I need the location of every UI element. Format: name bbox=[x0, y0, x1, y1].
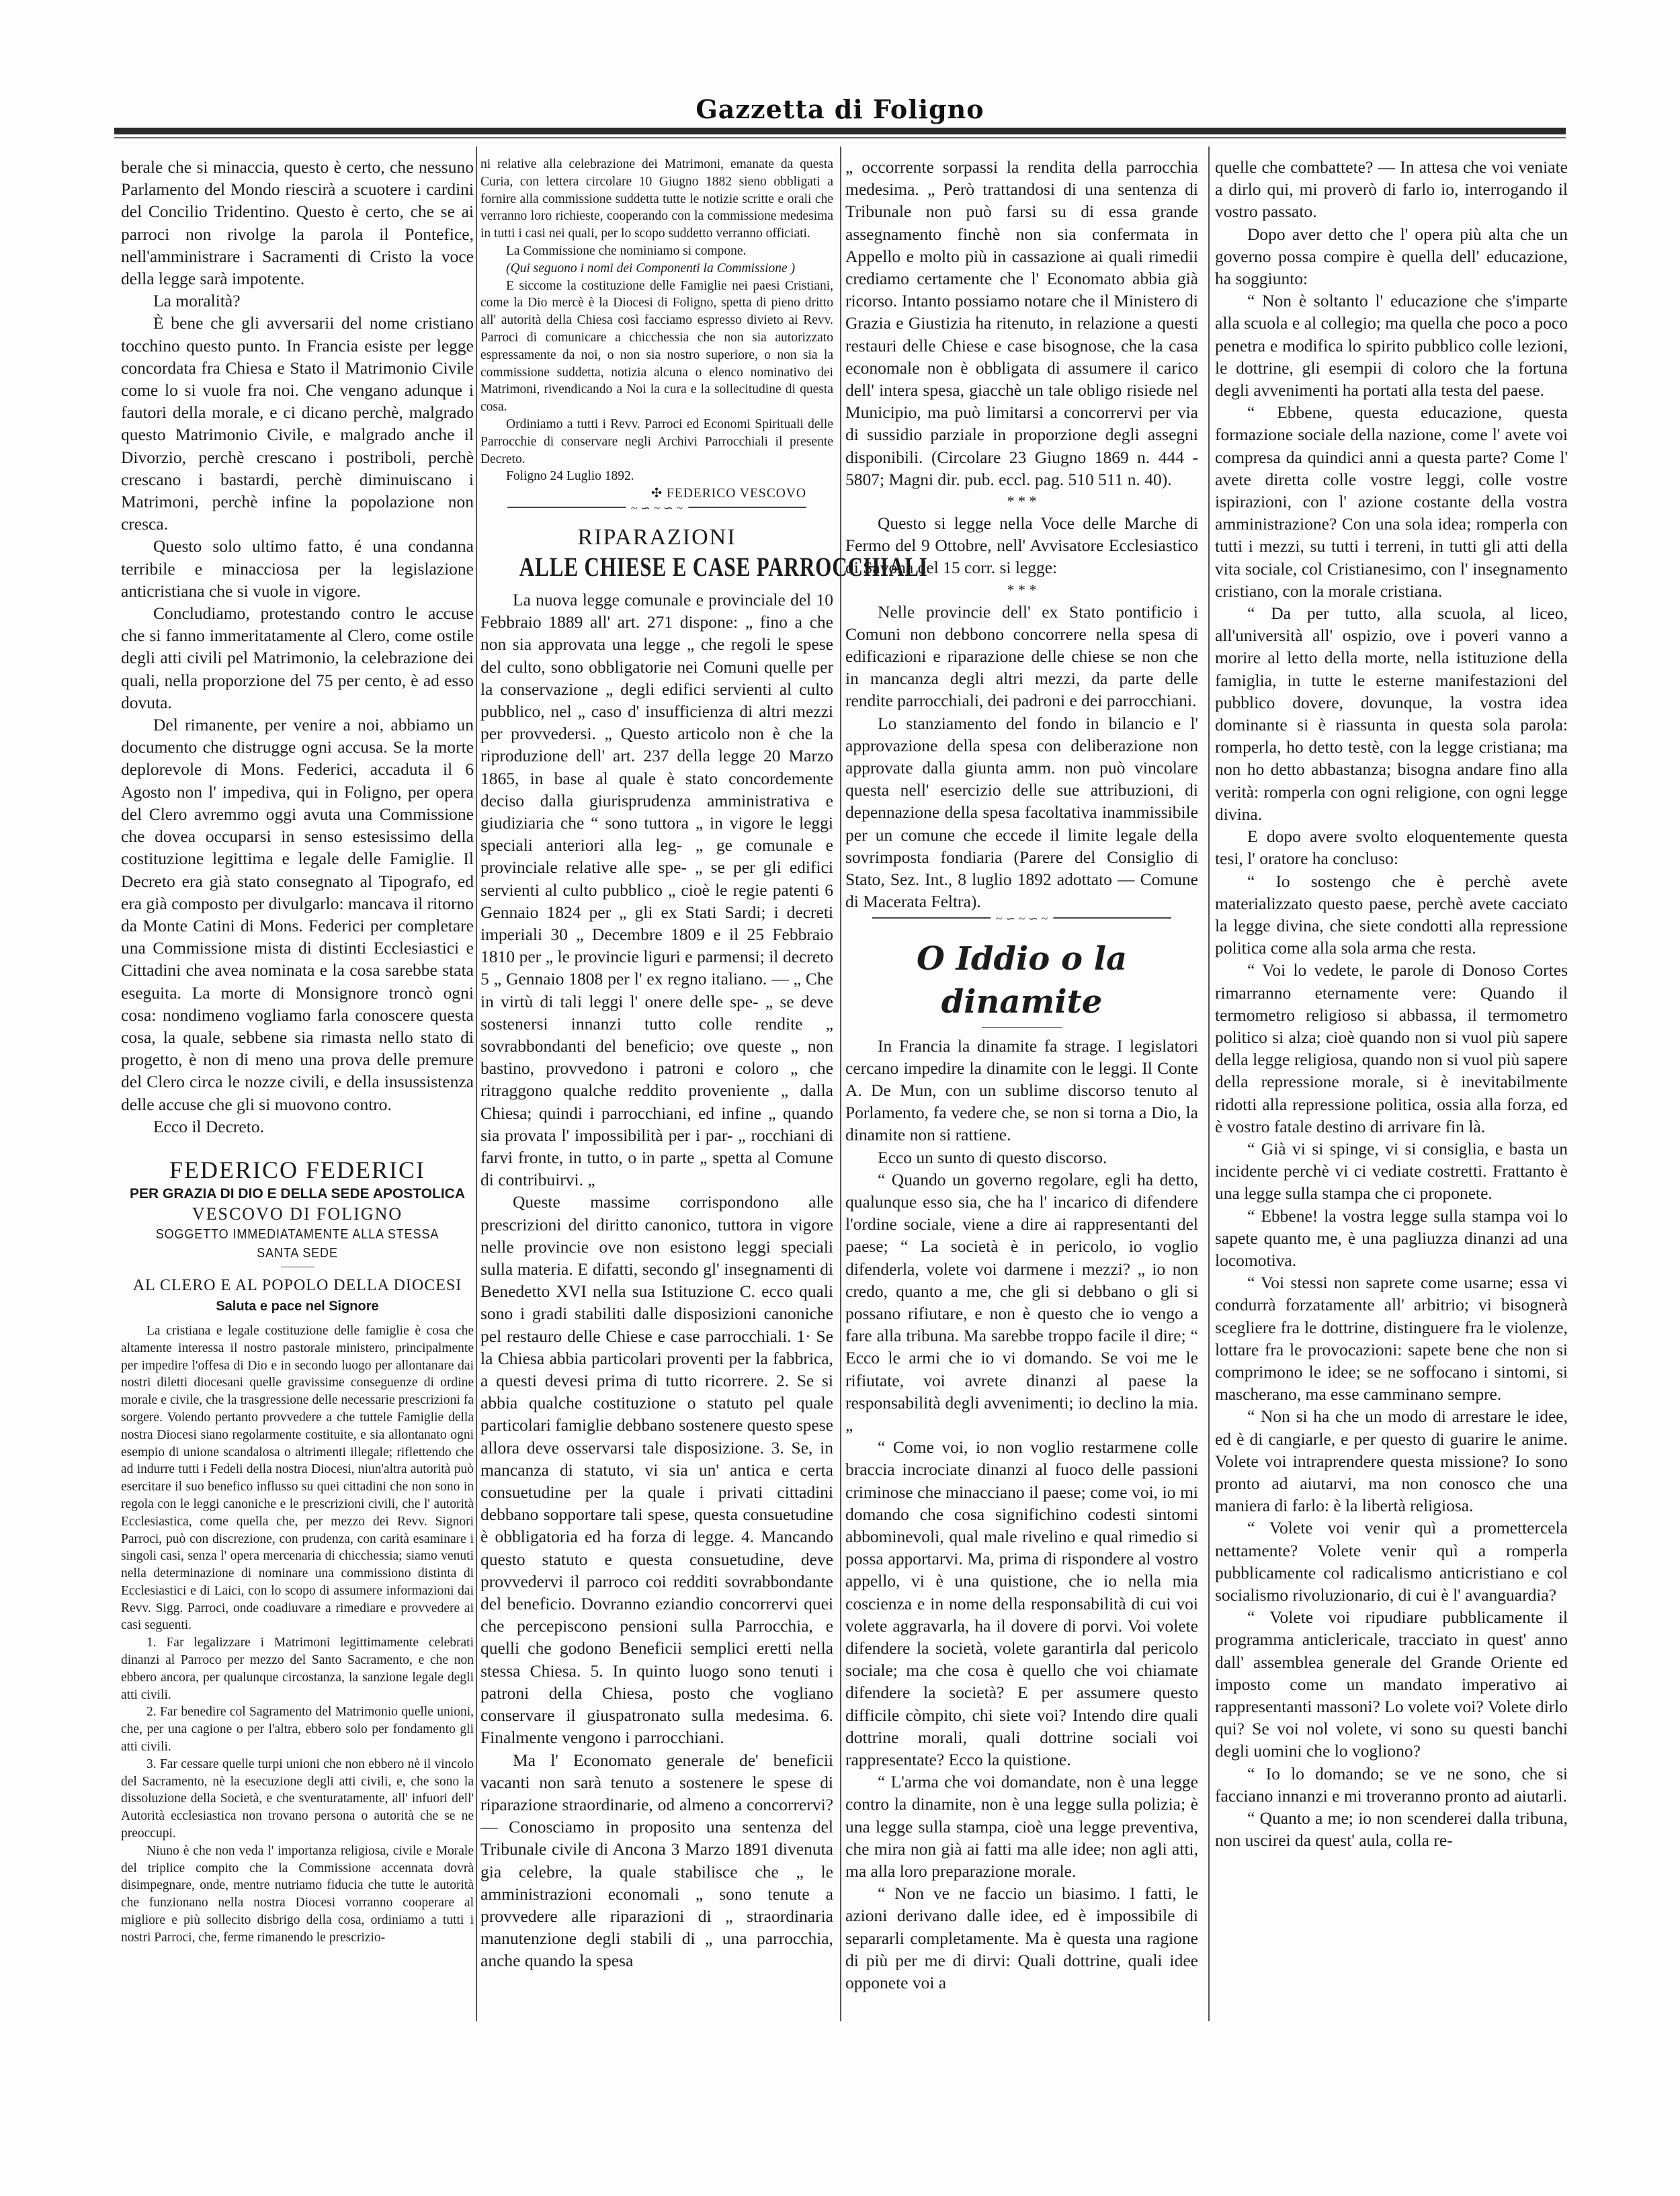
decree-dateline: Foligno 24 Luglio 1892. bbox=[480, 468, 833, 485]
decree-paragraph: Ordiniamo a tutti i Revv. Parroci ed Eco… bbox=[480, 416, 833, 468]
newspaper-page: Gazzetta di Foligno berale che si minacc… bbox=[0, 0, 1680, 2196]
decree-paragraph: La cristiana e legale costituzione delle… bbox=[121, 1322, 474, 1634]
decree-paragraph: (Qui seguono i nomi dei Componenti la Co… bbox=[480, 260, 833, 278]
article-paragraph: Ma l' Economato generale de' beneficii v… bbox=[480, 1749, 833, 1972]
decree-address: AL CLERO E AL POPOLO DELLA DIOCESI bbox=[121, 1274, 474, 1297]
article-paragraph: “ L'arma che voi domandate, non è una le… bbox=[845, 1771, 1198, 1882]
article-paragraph: “ Non si ha che un modo di arrestare le … bbox=[1215, 1405, 1568, 1517]
column-1: berale che si minaccia, questo è certo, … bbox=[121, 156, 474, 1947]
article-paragraph: “ Non ve ne faccio un biasimo. I fatti, … bbox=[845, 1882, 1198, 1994]
paragraph: berale che si minaccia, questo è certo, … bbox=[121, 156, 474, 290]
column-2: ni relative alla celebrazione dei Matrim… bbox=[480, 156, 833, 1972]
paragraph: Questo solo ultimo fatto, é una condanna… bbox=[121, 535, 474, 602]
article-title: RIPARAZIONI bbox=[480, 524, 833, 551]
article-paragraph: “ Già vi si spinge, vi si consiglia, e b… bbox=[1215, 1138, 1568, 1205]
masthead-rule-thin bbox=[114, 137, 1566, 138]
paragraph: Ecco il Decreto. bbox=[121, 1115, 474, 1138]
article-paragraph: “ Volete voi venir quì a promettercela n… bbox=[1215, 1517, 1568, 1606]
column-divider bbox=[476, 146, 477, 2021]
paragraph: Del rimanente, per venire a noi, abbiamo… bbox=[121, 714, 474, 1115]
article-paragraph: “ Voi stessi non saprete come usarne; es… bbox=[1215, 1271, 1568, 1405]
column-3: „ occorrente sorpassi la rendita della p… bbox=[845, 156, 1198, 1994]
decree-paragraph: 1. Far legalizzare i Matrimoni legittima… bbox=[121, 1634, 474, 1703]
article-paragraph: “ Quando un governo regolare, egli ha de… bbox=[845, 1169, 1198, 1436]
article-paragraph: Nelle provincie dell' ex Stato pontifici… bbox=[845, 601, 1198, 712]
article-paragraph: “ Ebbene! la vostra legge sulla stampa v… bbox=[1215, 1205, 1568, 1272]
column-divider bbox=[840, 146, 841, 2021]
masthead-rule bbox=[114, 128, 1566, 134]
article-paragraph: “ Io lo domando; se ve ne sono, che si f… bbox=[1215, 1763, 1568, 1807]
decree-bishop-name: FEDERICO FEDERICI bbox=[121, 1155, 474, 1185]
masthead-title: Gazzetta di Foligno bbox=[0, 94, 1680, 124]
decree-paragraph: 3. Far cessare quelle turpi unioni che n… bbox=[121, 1756, 474, 1843]
article-paragraph: “ Non è soltanto l' educazione che s'imp… bbox=[1215, 290, 1568, 401]
article-paragraph: Queste massime corrispondono alle prescr… bbox=[480, 1191, 833, 1748]
column-4: quelle che combattete? — In attesa che v… bbox=[1215, 156, 1568, 1851]
article-paragraph: „ occorrente sorpassi la rendita della p… bbox=[845, 156, 1198, 491]
article-paragraph: “ Quanto a me; io non scenderei dalla tr… bbox=[1215, 1807, 1568, 1851]
decree-title-line: VESCOVO DI FOLIGNO bbox=[121, 1203, 474, 1225]
article-paragraph: quelle che combattete? — In attesa che v… bbox=[1215, 156, 1568, 223]
article-headline: O Iddio o la dinamite bbox=[845, 937, 1198, 1023]
article-paragraph: Lo stanziamento del fondo in bilancio e … bbox=[845, 712, 1198, 913]
article-paragraph: “ Voi lo vedete, le parole di Donoso Cor… bbox=[1215, 959, 1568, 1138]
article-subtitle: ALLE CHIESE E CASE PARROCCHIALI bbox=[519, 551, 795, 583]
article-paragraph: “ Io sostengo che è perchè avete materia… bbox=[1215, 870, 1568, 960]
decree-greeting: Saluta e pace nel Signore bbox=[121, 1297, 474, 1316]
decree-paragraph: ni relative alla celebrazione dei Matrim… bbox=[480, 156, 833, 243]
decree-title-line: PER GRAZIA DI DIO E DELLA SEDE APOSTOLIC… bbox=[121, 1185, 474, 1203]
article-paragraph: “ Volete voi ripudiare pubblicamente il … bbox=[1215, 1606, 1568, 1762]
article-paragraph: “ Da per tutto, alla scuola, al liceo, a… bbox=[1215, 602, 1568, 825]
article-paragraph: E dopo avere svolto eloquentemente quest… bbox=[1215, 825, 1568, 870]
section-separator-stars: * * * bbox=[845, 495, 1198, 508]
decree-paragraph: Niuno è che non veda l' importanza relig… bbox=[121, 1843, 474, 1947]
ornamental-divider bbox=[872, 917, 1171, 931]
article-paragraph: Dopo aver detto che l' opera più alta ch… bbox=[1215, 223, 1568, 290]
article-paragraph: La nuova legge comunale e provinciale de… bbox=[480, 589, 833, 1191]
article-paragraph: “ Come voi, io non voglio restarmene col… bbox=[845, 1436, 1198, 1771]
decree-title-line: SOGGETTO IMMEDIATAMENTE ALLA STESSA SANT… bbox=[138, 1225, 456, 1263]
article-paragraph: Questo si legge nella Voce delle Marche … bbox=[845, 512, 1198, 579]
divider bbox=[281, 1267, 314, 1267]
column-divider bbox=[1208, 146, 1210, 2021]
decree-paragraph: E siccome la costituzione delle Famiglie… bbox=[480, 278, 833, 416]
section-separator-stars: * * * bbox=[845, 583, 1198, 597]
divider bbox=[982, 1027, 1062, 1028]
paragraph: È bene che gli avversarii del nome crist… bbox=[121, 312, 474, 535]
paragraph: Concludiamo, protestando contro le accus… bbox=[121, 602, 474, 714]
ornamental-divider bbox=[507, 507, 806, 520]
article-paragraph: “ Ebbene, questa educazione, questa form… bbox=[1215, 401, 1568, 602]
decree-paragraph: La Commissione che nominiamo si compone. bbox=[480, 243, 833, 260]
paragraph: La moralità? bbox=[121, 290, 474, 312]
decree-paragraph: 2. Far benedire col Sagramento del Matri… bbox=[121, 1703, 474, 1755]
article-paragraph: Ecco un sunto di questo discorso. bbox=[845, 1146, 1198, 1169]
article-paragraph: In Francia la dinamite fa strage. I legi… bbox=[845, 1035, 1198, 1146]
